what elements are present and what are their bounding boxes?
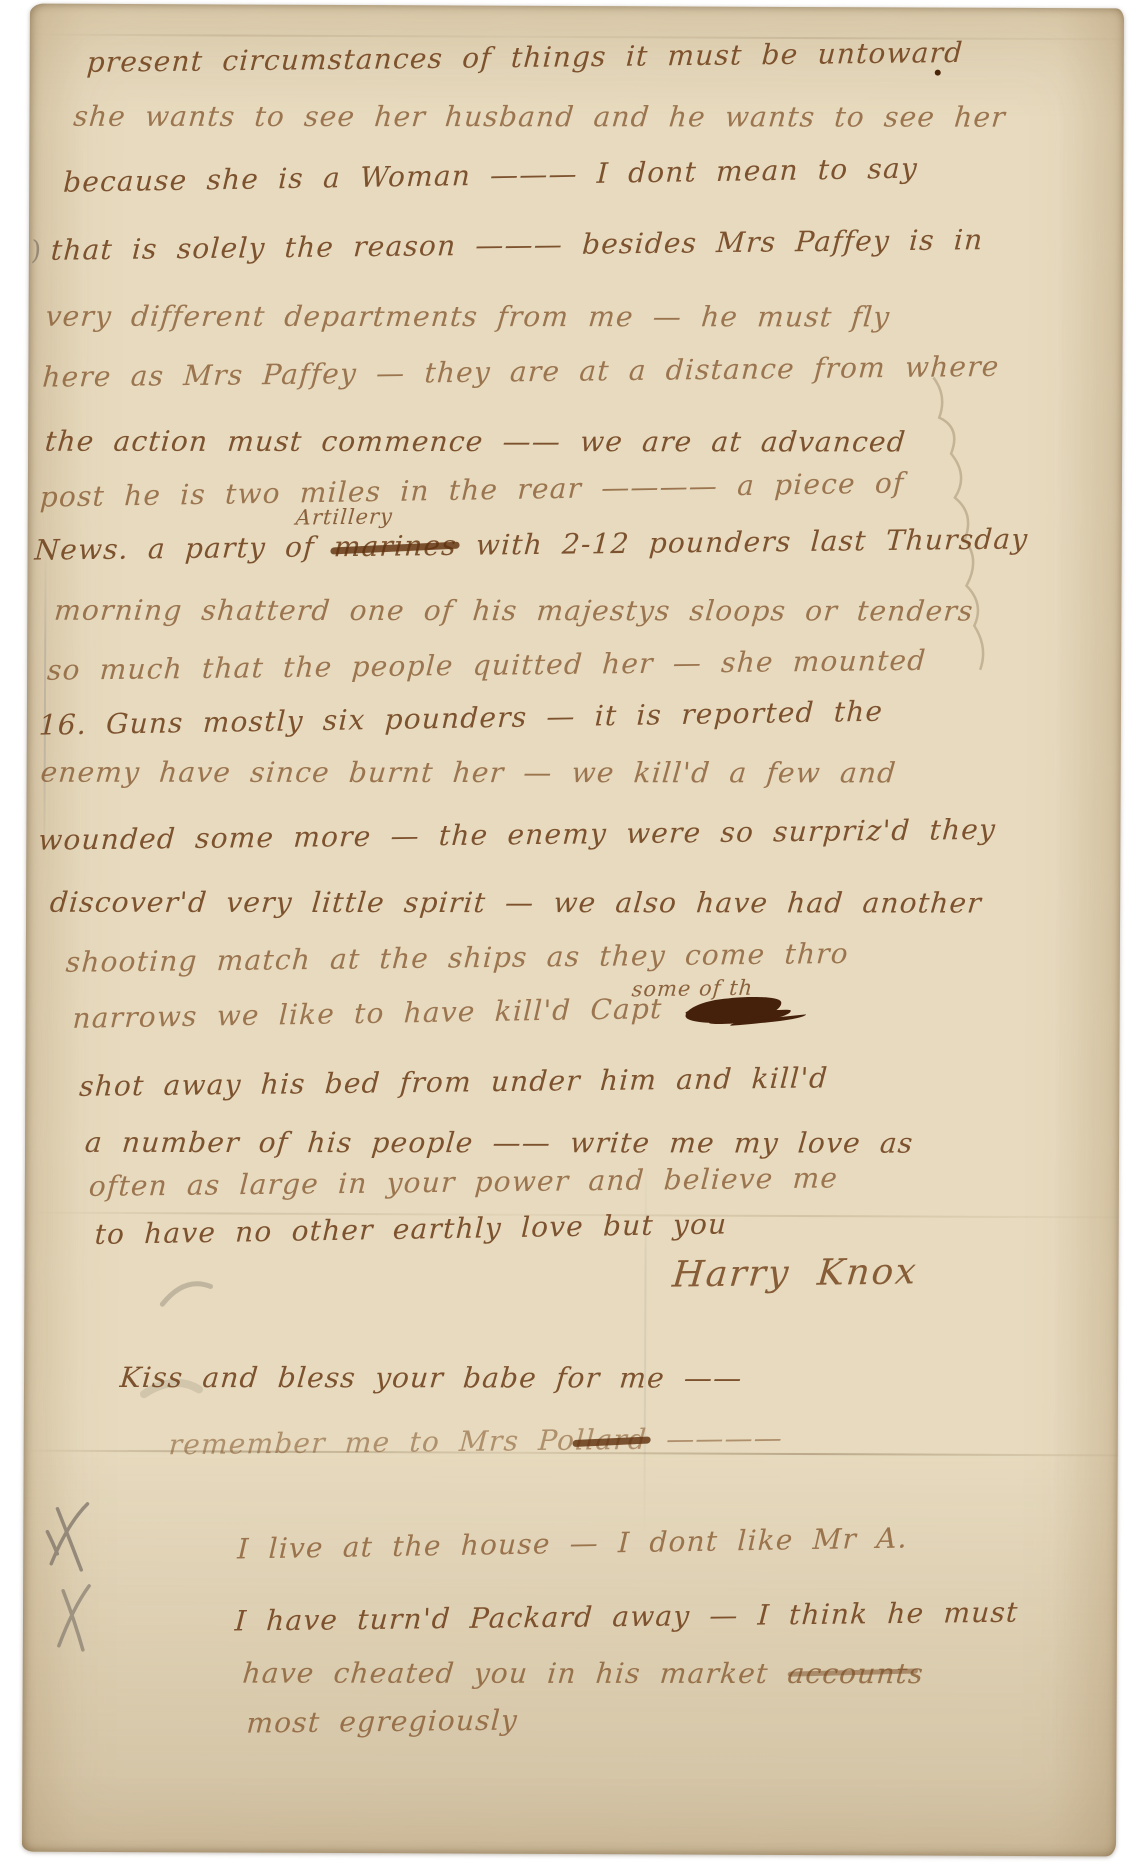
interlined-word: Artillery — [295, 504, 394, 529]
postscript-line: have cheated you in his market accounts — [241, 1657, 925, 1691]
overwritten-word: accounts — [786, 1657, 925, 1690]
letter-page: ) present circumstances of things it mus… — [22, 4, 1124, 1857]
pencil-and-tear-marks — [22, 4, 1124, 1857]
letter-line: very different departments from me — he … — [44, 300, 891, 334]
postscript-line: most egregiously — [246, 1703, 519, 1739]
pencil-mark — [59, 1586, 89, 1650]
struck-word: llard — [574, 1423, 648, 1457]
pencil-smudge — [162, 1284, 210, 1305]
signature: Harry Knox — [671, 1251, 920, 1295]
line-text: News. a party of — [34, 530, 335, 566]
letter-line: discover'd very little spirit — we also … — [49, 886, 984, 920]
line-text: ———— — [646, 1421, 784, 1456]
struck-word: marines — [333, 529, 458, 563]
pencil-mark — [47, 1504, 87, 1570]
postscript-line: Kiss and bless your babe for me —— — [119, 1361, 744, 1395]
line-text: have cheated you in his market — [241, 1657, 789, 1690]
scan-background: ) present circumstances of things it mus… — [0, 0, 1140, 1866]
ink-speck — [935, 70, 941, 76]
letter-line: she wants to see her husband and he want… — [72, 100, 1007, 134]
postscript-line: remember me to Mrs Pollard ———— — [168, 1421, 784, 1461]
letter-line: the action must commence —— we are at ad… — [44, 425, 908, 459]
ink-blot — [685, 992, 782, 1026]
line-text: remember me to Mrs Po — [168, 1424, 576, 1462]
letter-line: morning shatterd one of his majestys slo… — [53, 594, 975, 628]
line-text: with 2-12 pounders last Thursday — [456, 522, 1029, 562]
letter-line: enemy have since burnt her — we kill'd a… — [39, 756, 898, 790]
letter-line: a number of his people —— write me my lo… — [84, 1126, 915, 1160]
